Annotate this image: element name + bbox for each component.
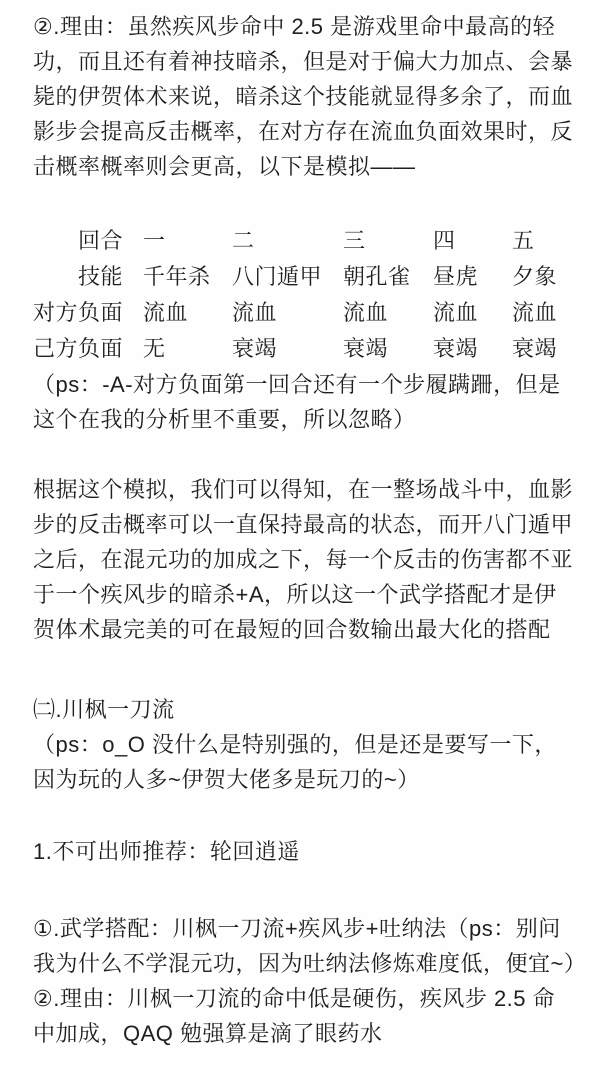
ps-note-paragraph: （ps：-A-对方负面第一回合还有一个步履蹒跚，但是这个在我的分析里不重要，所以… xyxy=(33,367,577,437)
row-label: 回合 xyxy=(33,223,123,259)
table-cell: 衰竭 xyxy=(212,331,323,367)
post-body: ②.理由：虽然疾风步命中 2.5 是游戏里命中最高的轻功，而且还有着神技暗杀，但… xyxy=(0,0,599,1066)
table-cell: 夕象 xyxy=(492,259,577,295)
table-cell: 一 xyxy=(123,223,212,259)
build-paragraph: ①.武学搭配：川枫一刀流+疾风步+吐纳法（ps：别问我为什么不学混元功，因为吐纳… xyxy=(33,911,577,981)
table-cell: 衰竭 xyxy=(413,331,492,367)
table-cell: 衰竭 xyxy=(492,331,577,367)
table-cell: 昼虎 xyxy=(413,259,492,295)
section-heading: ㈡.川枫一刀流 xyxy=(33,692,577,727)
table-cell: 流血 xyxy=(212,295,323,331)
section-ps-paragraph: （ps：o_O 没什么是特别强的，但是还是要写一下，因为玩的人多~伊贺大佬多是玩… xyxy=(33,727,577,797)
reason-paragraph: ②.理由：虽然疾风步命中 2.5 是游戏里命中最高的轻功，而且还有着神技暗杀，但… xyxy=(33,9,577,184)
table-cell: 衰竭 xyxy=(323,331,413,367)
table-row: 回合 一 二 三 四 五 xyxy=(33,223,577,259)
table-row: 技能 千年杀 八门遁甲 朝孔雀 昼虎 夕象 xyxy=(33,259,577,295)
simulation-table: 回合 一 二 三 四 五 技能 千年杀 八门遁甲 朝孔雀 昼虎 夕象 对方负面 … xyxy=(33,223,577,367)
table-row: 己方负面 无 衰竭 衰竭 衰竭 衰竭 xyxy=(33,331,577,367)
table-cell: 流血 xyxy=(323,295,413,331)
conclusion-paragraph: 根据这个模拟，我们可以得知，在一整场战斗中，血影步的反击概率可以一直保持最高的状… xyxy=(33,472,577,647)
build-reason-paragraph: ②.理由：川枫一刀流的命中低是硬伤，疾风步 2.5 命中加成，QAQ 勉强算是滴… xyxy=(33,981,577,1051)
table-cell: 八门遁甲 xyxy=(212,259,323,295)
row-label: 己方负面 xyxy=(33,331,123,367)
table-cell: 流血 xyxy=(492,295,577,331)
table-cell: 朝孔雀 xyxy=(323,259,413,295)
table-row: 对方负面 流血 流血 流血 流血 流血 xyxy=(33,295,577,331)
table-cell: 二 xyxy=(212,223,323,259)
table-cell: 五 xyxy=(492,223,577,259)
table-cell: 无 xyxy=(123,331,212,367)
table-cell: 三 xyxy=(323,223,413,259)
table-cell: 流血 xyxy=(123,295,212,331)
table-cell: 千年杀 xyxy=(123,259,212,295)
row-label: 对方负面 xyxy=(33,295,123,331)
row-label: 技能 xyxy=(33,259,123,295)
recommendation-line: 1.不可出师推荐：轮回逍遥 xyxy=(33,834,577,869)
table-cell: 四 xyxy=(413,223,492,259)
table-cell: 流血 xyxy=(413,295,492,331)
